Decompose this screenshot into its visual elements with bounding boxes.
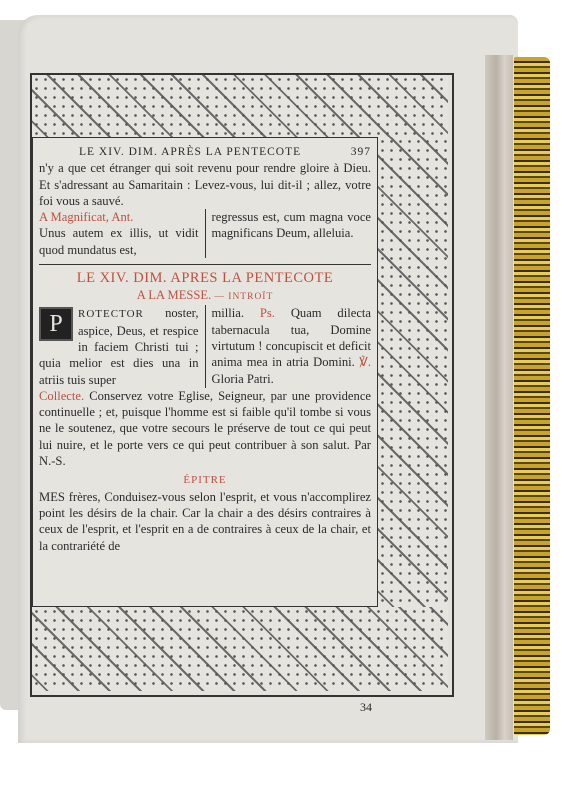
magnificat-antiphon: A Magnificat, Ant. Unus autem ex illis, … bbox=[39, 209, 371, 258]
running-head: LE XIV. DIM. APRÈS LA PENTECOTE 397 bbox=[39, 144, 371, 160]
section-subtitle: A LA MESSE. — INTROÏT bbox=[39, 287, 371, 305]
text-block: LE XIV. DIM. APRÈS LA PENTECOTE 397 n'y … bbox=[32, 137, 378, 607]
dropcap-letter: P bbox=[39, 307, 73, 341]
collecte-label: Collecte. bbox=[39, 389, 84, 403]
introit-tag: — INTROÏT bbox=[214, 292, 273, 302]
epitre-text: MES frères, Conduisez-vous selon l'espri… bbox=[39, 489, 371, 554]
page-block-edge bbox=[485, 55, 513, 740]
magnificat-right-text: regressus est, cum magna voce magnifican… bbox=[206, 209, 372, 258]
section-title: LE XIV. DIM. APRES LA PENTECOTE bbox=[39, 269, 371, 287]
versicle-label: ℣. bbox=[359, 355, 371, 369]
page-number: 397 bbox=[351, 144, 371, 160]
epitre-heading: ÉPITRE bbox=[39, 472, 371, 488]
collecte-text: Conservez votre Eglise, Seigneur, par un… bbox=[39, 389, 371, 468]
psalm-label: Ps. bbox=[260, 306, 275, 320]
introit-right-start: millia. bbox=[212, 306, 245, 320]
opening-paragraph: n'y a que cet étranger qui soit revenu p… bbox=[39, 160, 371, 209]
magnificat-left-text: Unus autem ex illis, ut vidit quod munda… bbox=[39, 226, 199, 256]
running-head-title: LE XIV. DIM. APRÈS LA PENTECOTE bbox=[79, 144, 301, 160]
gilt-cover-edge bbox=[514, 57, 550, 735]
versicle-text: Gloria Patri. bbox=[212, 372, 274, 386]
introit: P ROTECTOR noster, aspice, Deus, et resp… bbox=[39, 305, 371, 387]
collecte: Collecte. Conservez votre Eglise, Seigne… bbox=[39, 388, 371, 469]
magnificat-label: A Magnificat, Ant. bbox=[39, 210, 133, 224]
mass-label: A LA MESSE. bbox=[137, 288, 212, 302]
section-divider bbox=[39, 264, 371, 265]
folio-number: 34 bbox=[360, 700, 372, 715]
introit-first-word: ROTECTOR bbox=[78, 308, 144, 320]
